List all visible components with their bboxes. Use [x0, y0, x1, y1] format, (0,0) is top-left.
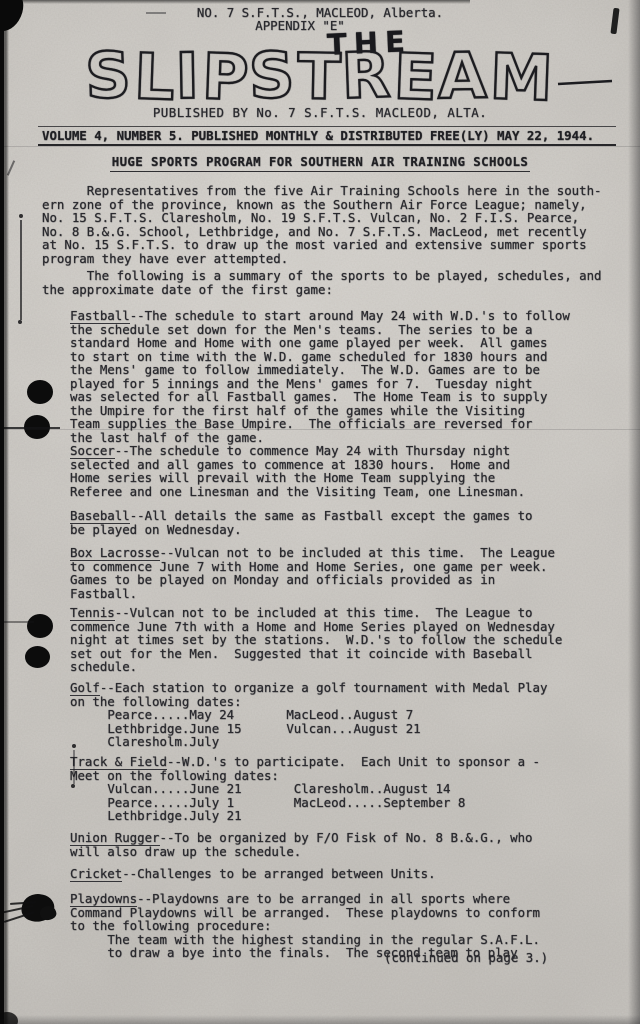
- paper-texture: [0, 0, 640, 1024]
- newsletter-page: NO. 7 S.F.T.S., MACLEOD, Alberta. APPEND…: [0, 0, 640, 1024]
